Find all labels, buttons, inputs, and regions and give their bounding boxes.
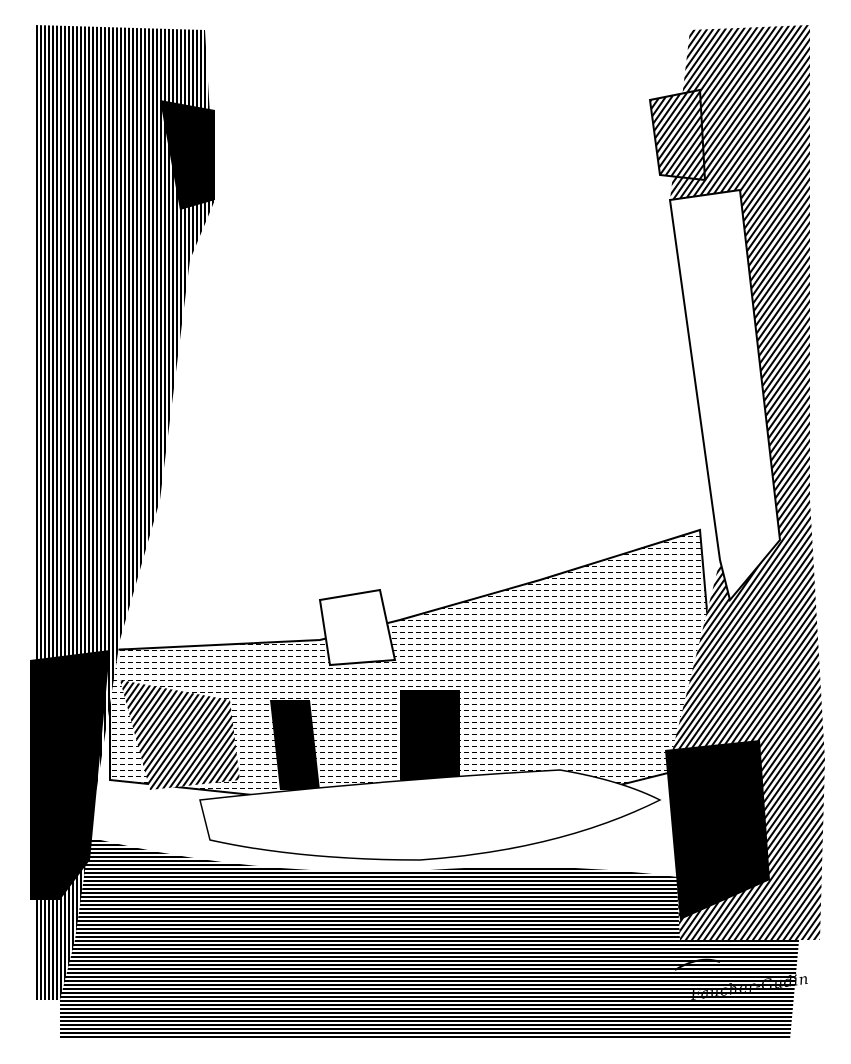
right-pillar: [650, 25, 825, 940]
back-wall: [110, 530, 720, 800]
engraving-illustration: [0, 0, 851, 1064]
